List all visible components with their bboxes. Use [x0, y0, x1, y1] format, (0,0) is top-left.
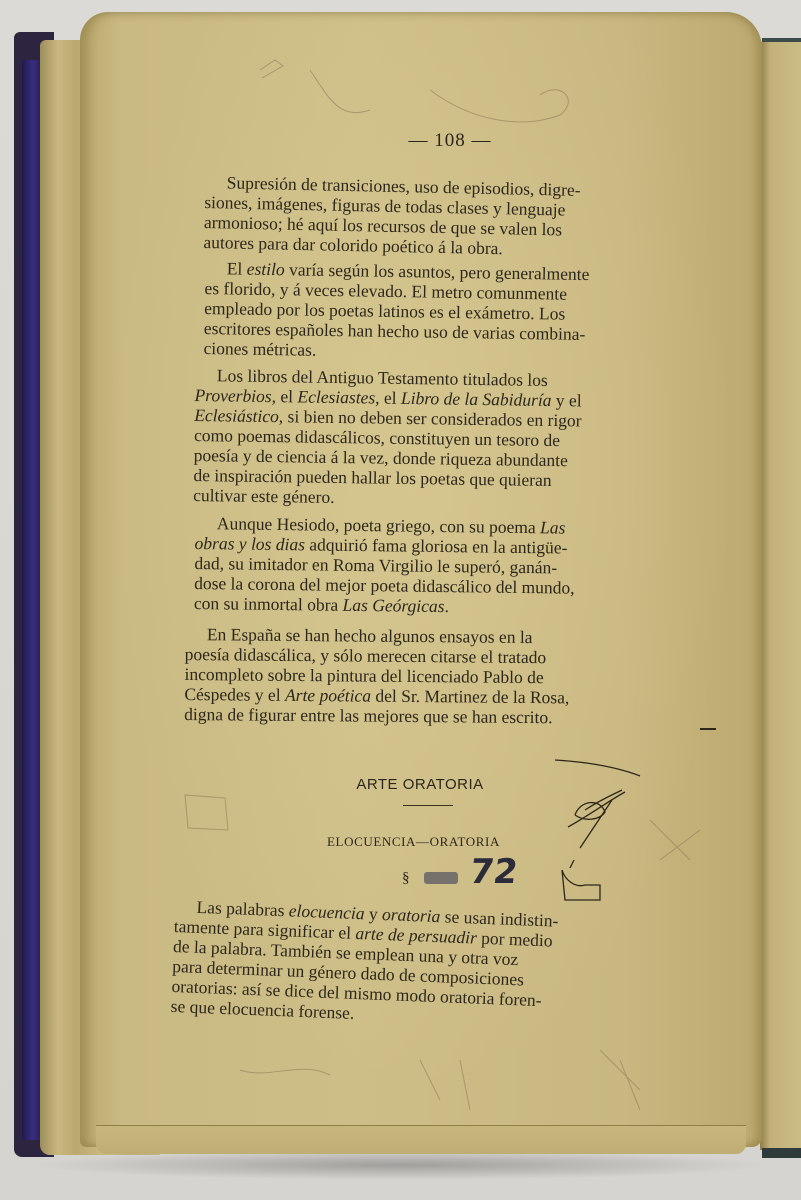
text-run: El: [227, 258, 247, 278]
paragraph-oratoria: Las palabras elocuencia y oratoria se us…: [170, 896, 704, 1036]
page-number: — 108 —: [380, 130, 520, 152]
italic-term: oratoria: [382, 904, 441, 926]
section-divider: [403, 805, 453, 806]
text-run: , el: [272, 386, 298, 406]
text-run: , el: [375, 388, 401, 408]
text-run: Céspedes y el: [184, 684, 285, 705]
text-line: digna de figurar entre las mejores que s…: [184, 704, 689, 728]
paragraph-5: En España se han hecho algunos ensayos e…: [184, 624, 690, 728]
text-run: y: [364, 903, 382, 924]
text-run: del Sr. Martinez de la Rosa,: [371, 686, 569, 708]
italic-term: Proverbios: [194, 385, 271, 406]
paragraph-1: Supresión de transiciones, uso de episod…: [203, 172, 700, 262]
page-content: — 108 — Supresión de transiciones, uso d…: [0, 0, 801, 1200]
end-dash-mark: [700, 728, 716, 730]
paragraph-4: Aunque Hesiodo, poeta griego, con su poe…: [194, 513, 695, 619]
italic-term: Las Geórgicas: [342, 595, 444, 616]
italic-term: Eclesiastes: [297, 386, 375, 407]
paragraph-3: Los libros del Antiguo Testamento titula…: [193, 365, 695, 512]
subsection-title: ELOCUENCIA—ORATORIA: [327, 834, 537, 850]
italic-term: obras y los dias: [195, 533, 306, 554]
section-title: ARTE ORATORIA: [340, 776, 500, 793]
paragraph-2: El estilo varía según los asuntos, pero …: [203, 258, 700, 366]
handwritten-section-number: 72: [467, 852, 520, 892]
italic-term: Libro de la Sabiduría: [401, 388, 552, 410]
italic-term: Eclesiástico: [194, 405, 279, 426]
text-run: y el: [551, 390, 581, 410]
ink-scribble: [424, 872, 458, 884]
italic-term: Las: [540, 517, 566, 537]
italic-term: estilo: [247, 259, 285, 280]
text-run: .: [444, 596, 449, 616]
section-sign: §: [402, 870, 410, 887]
italic-term: Arte poética: [285, 685, 371, 706]
text-run: con su inmortal obra: [194, 593, 343, 615]
